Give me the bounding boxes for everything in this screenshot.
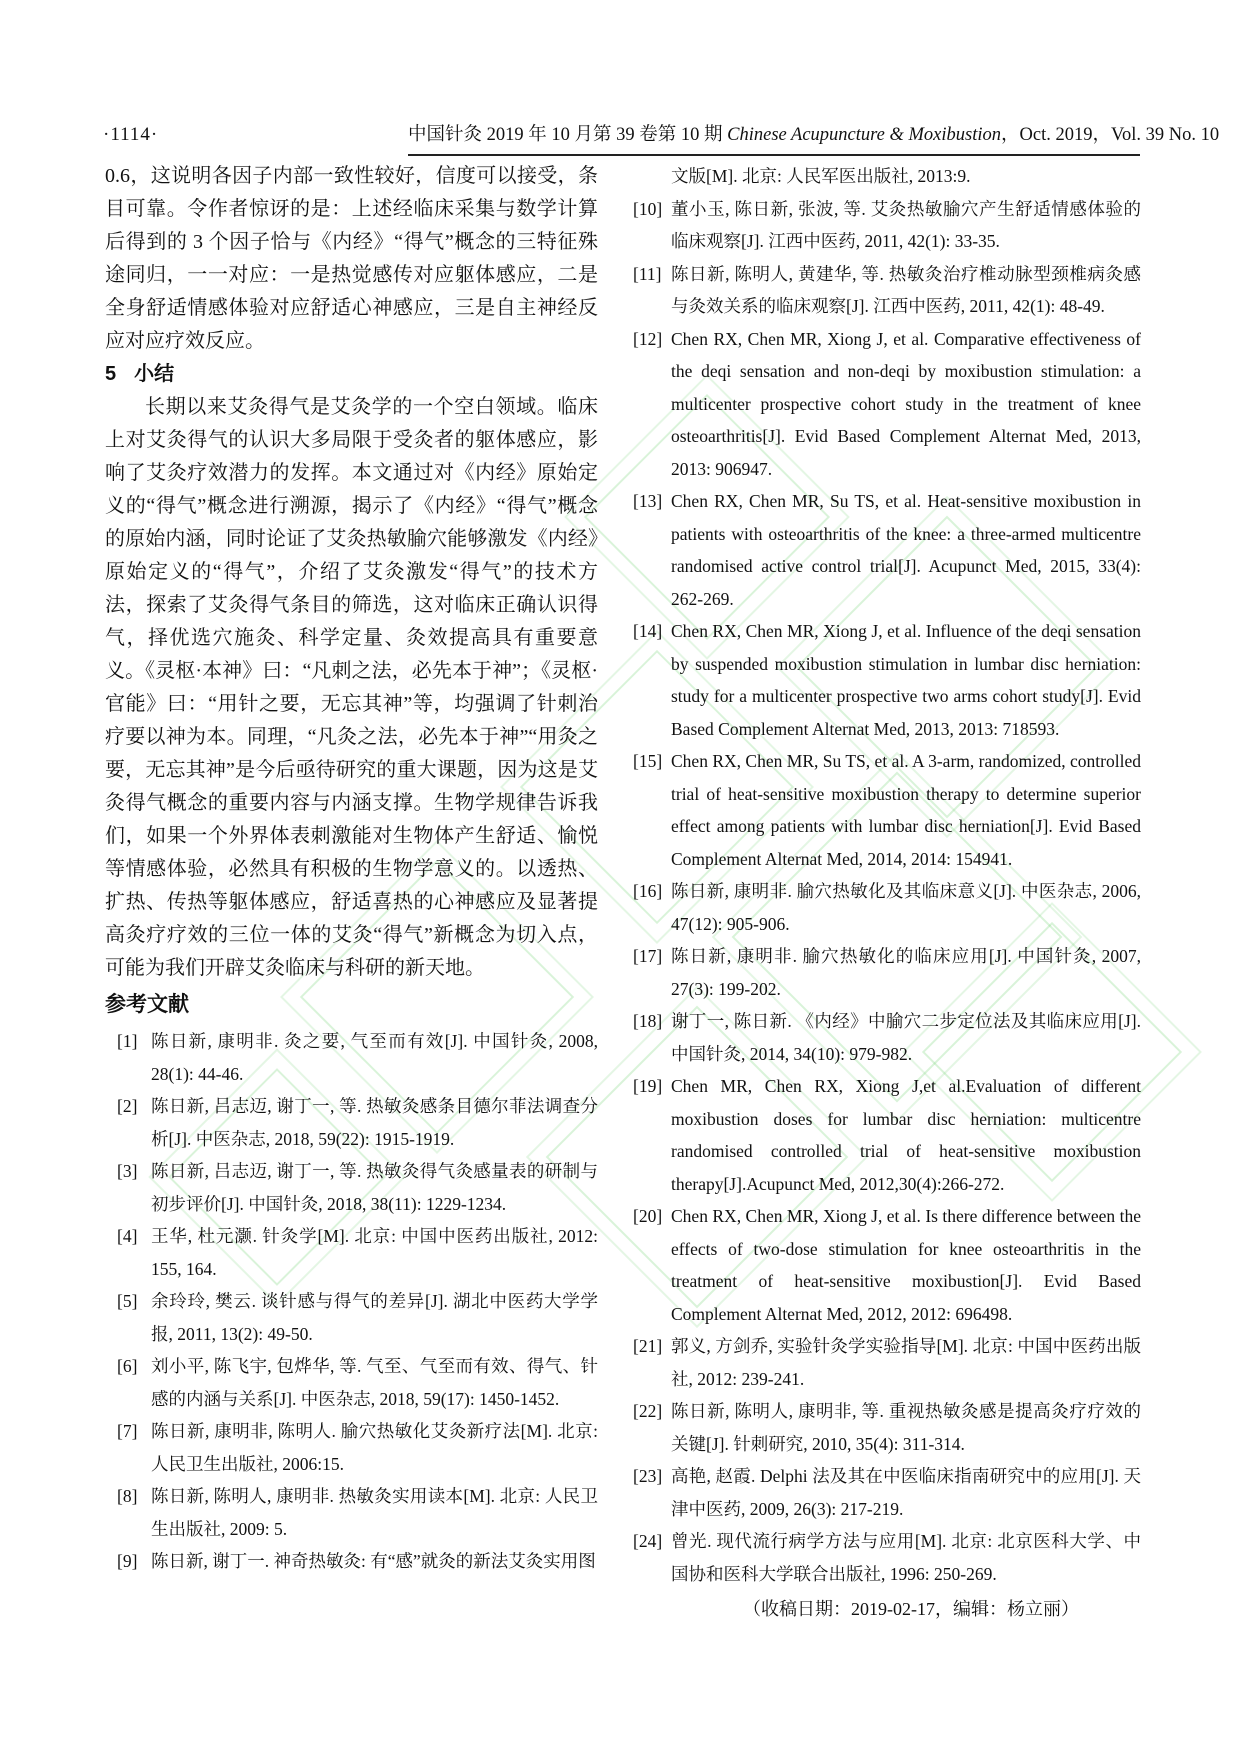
reference-number: [5] bbox=[117, 1285, 137, 1318]
intro-paragraph: 0.6，这说明各因子内部一致性较好，信度可以接受，条目可靠。令作者惊讶的是：上述… bbox=[105, 160, 598, 358]
reference-number: [19] bbox=[633, 1070, 662, 1103]
references-list-right: [10] 董小玉, 陈日新, 张波, 等. 艾灸热敏腧穴产生舒适情感体验的临床观… bbox=[633, 193, 1141, 1591]
journal-citation: 中国针灸 2019 年 10 月第 39 卷第 10 期 Chinese Acu… bbox=[408, 118, 1140, 156]
reference-item: [6] 刘小平, 陈飞宇, 包烨华, 等. 气至、气至而有效、得气、针感的内涵与… bbox=[105, 1350, 598, 1415]
reference-text: 陈日新, 谢丁一. 神奇热敏灸: 有“感”就灸的新法艾灸实用图 bbox=[151, 1545, 598, 1578]
reference-number: [13] bbox=[633, 485, 662, 518]
reference-item: [1] 陈日新, 康明非. 灸之要, 气至而有效[J]. 中国针灸, 2008,… bbox=[105, 1025, 598, 1090]
reference-number: [14] bbox=[633, 615, 662, 648]
reference-item: [3] 陈日新, 吕志迈, 谢丁一, 等. 热敏灸得气灸感量表的研制与初步评价[… bbox=[105, 1155, 598, 1220]
reference-item: [18] 谢丁一, 陈日新. 《内经》中腧穴二步定位法及其临床应用[J]. 中国… bbox=[633, 1005, 1141, 1070]
reference-number: [24] bbox=[633, 1525, 662, 1558]
reference-item: [21] 郭义, 方剑乔, 实验针灸学实验指导[M]. 北京: 中国中医药出版社… bbox=[633, 1330, 1141, 1395]
reference-item: [12] Chen RX, Chen MR, Xiong J, et al. C… bbox=[633, 323, 1141, 486]
right-column: 文版[M]. 北京: 人民军医出版社, 2013:9. [10] 董小玉, 陈日… bbox=[633, 160, 1141, 1626]
reference-number: [10] bbox=[633, 193, 662, 226]
reference-item: [19] Chen MR, Chen RX, Xiong J,et al.Eva… bbox=[633, 1070, 1141, 1200]
reference-continuation-line: 文版[M]. 北京: 人民军医出版社, 2013:9. bbox=[633, 160, 1141, 193]
reference-number: [3] bbox=[117, 1155, 137, 1188]
reference-number: [21] bbox=[633, 1330, 662, 1363]
journal-citation-cn: 中国针灸 2019 年 10 月第 39 卷第 10 期 bbox=[408, 125, 727, 145]
reference-text: 董小玉, 陈日新, 张波, 等. 艾灸热敏腧穴产生舒适情感体验的临床观察[J].… bbox=[671, 193, 1141, 258]
reference-number: [16] bbox=[633, 875, 662, 908]
reference-item: [20] Chen RX, Chen MR, Xiong J, et al. I… bbox=[633, 1200, 1141, 1330]
reference-text: 陈日新, 陈明人, 康明非, 等. 重视热敏灸感是提高灸疗疗效的关键[J]. 针… bbox=[671, 1395, 1141, 1460]
reference-text: 曾光. 现代流行病学方法与应用[M]. 北京: 北京医科大学、中国协和医科大学联… bbox=[671, 1525, 1141, 1590]
journal-citation-en: Chinese Acupuncture & Moxibustion bbox=[727, 125, 1001, 145]
reference-number: [2] bbox=[117, 1090, 137, 1123]
reference-item: [14] Chen RX, Chen MR, Xiong J, et al. I… bbox=[633, 615, 1141, 745]
reference-number: [4] bbox=[117, 1220, 137, 1253]
reference-item: [8] 陈日新, 陈明人, 康明非. 热敏灸实用读本[M]. 北京: 人民卫生出… bbox=[105, 1480, 598, 1545]
reference-text: Chen RX, Chen MR, Xiong J, et al. Is the… bbox=[671, 1200, 1141, 1330]
summary-paragraph: 长期以来艾灸得气是艾灸学的一个空白领域。临床上对艾灸得气的认识大多局限于受灸者的… bbox=[105, 391, 598, 985]
reference-item: [22] 陈日新, 陈明人, 康明非, 等. 重视热敏灸感是提高灸疗疗效的关键[… bbox=[633, 1395, 1141, 1460]
reference-item: [10] 董小玉, 陈日新, 张波, 等. 艾灸热敏腧穴产生舒适情感体验的临床观… bbox=[633, 193, 1141, 258]
reference-item: [15] Chen RX, Chen MR, Su TS, et al. A 3… bbox=[633, 745, 1141, 875]
reference-number: [18] bbox=[633, 1005, 662, 1038]
reference-number: [9] bbox=[117, 1545, 137, 1578]
reference-text: 高艳, 赵霞. Delphi 法及其在中医临床指南研究中的应用[J]. 天津中医… bbox=[671, 1460, 1141, 1525]
reference-item: [5] 余玲玲, 樊云. 谈针感与得气的差异[J]. 湖北中医药大学学报, 20… bbox=[105, 1285, 598, 1350]
left-column: 0.6，这说明各因子内部一致性较好，信度可以接受，条目可靠。令作者惊讶的是：上述… bbox=[105, 160, 598, 1578]
reference-item: [24] 曾光. 现代流行病学方法与应用[M]. 北京: 北京医科大学、中国协和… bbox=[633, 1525, 1141, 1590]
reference-text: 刘小平, 陈飞宇, 包烨华, 等. 气至、气至而有效、得气、针感的内涵与关系[J… bbox=[151, 1350, 598, 1415]
reference-number: [22] bbox=[633, 1395, 662, 1428]
reference-number: [6] bbox=[117, 1350, 137, 1383]
section-title: 小结 bbox=[134, 363, 174, 385]
section-heading: 5小结 bbox=[105, 358, 598, 391]
reference-text: 陈日新, 陈明人, 康明非. 热敏灸实用读本[M]. 北京: 人民卫生出版社, … bbox=[151, 1480, 598, 1545]
reference-item: [13] Chen RX, Chen MR, Su TS, et al. Hea… bbox=[633, 485, 1141, 615]
journal-citation-tail: ，Oct. 2019，Vol. 39 No. 10 bbox=[1001, 125, 1219, 145]
reference-item: [4] 王华, 杜元灏. 针灸学[M]. 北京: 中国中医药出版社, 2012:… bbox=[105, 1220, 598, 1285]
reference-text: Chen RX, Chen MR, Xiong J, et al. Compar… bbox=[671, 323, 1141, 486]
reference-text: 陈日新, 陈明人, 黄建华, 等. 热敏灸治疗椎动脉型颈椎病灸感与灸效关系的临床… bbox=[671, 258, 1141, 323]
reference-number: [20] bbox=[633, 1200, 662, 1233]
reference-item: [2] 陈日新, 吕志迈, 谢丁一, 等. 热敏灸感条目德尔菲法调查分析[J].… bbox=[105, 1090, 598, 1155]
reference-text: 陈日新, 康明非. 灸之要, 气至而有效[J]. 中国针灸, 2008, 28(… bbox=[151, 1025, 598, 1090]
closing-note: （收稿日期：2019-02-17，编辑：杨立丽） bbox=[633, 1592, 1141, 1626]
references-heading: 参考文献 bbox=[105, 985, 598, 1025]
reference-number: [8] bbox=[117, 1480, 137, 1513]
reference-text: 陈日新, 康明非. 腧穴热敏化及其临床意义[J]. 中医杂志, 2006, 47… bbox=[671, 875, 1141, 940]
reference-text: 陈日新, 吕志迈, 谢丁一, 等. 热敏灸得气灸感量表的研制与初步评价[J]. … bbox=[151, 1155, 598, 1220]
reference-text: 陈日新, 吕志迈, 谢丁一, 等. 热敏灸感条目德尔菲法调查分析[J]. 中医杂… bbox=[151, 1090, 598, 1155]
page-header: ·1114· 中国针灸 2019 年 10 月第 39 卷第 10 期 Chin… bbox=[0, 118, 1240, 158]
reference-number: [17] bbox=[633, 940, 662, 973]
reference-text: Chen RX, Chen MR, Su TS, et al. A 3-arm,… bbox=[671, 745, 1141, 875]
reference-text: Chen RX, Chen MR, Xiong J, et al. Influe… bbox=[671, 615, 1141, 745]
reference-item: [7] 陈日新, 康明非, 陈明人. 腧穴热敏化艾灸新疗法[M]. 北京: 人民… bbox=[105, 1415, 598, 1480]
reference-text: 陈日新, 康明非. 腧穴热敏化的临床应用[J]. 中国针灸, 2007, 27(… bbox=[671, 940, 1141, 1005]
reference-number: [12] bbox=[633, 323, 662, 356]
reference-text: 谢丁一, 陈日新. 《内经》中腧穴二步定位法及其临床应用[J]. 中国针灸, 2… bbox=[671, 1005, 1141, 1070]
reference-text: Chen RX, Chen MR, Su TS, et al. Heat-sen… bbox=[671, 485, 1141, 615]
reference-item: [17] 陈日新, 康明非. 腧穴热敏化的临床应用[J]. 中国针灸, 2007… bbox=[633, 940, 1141, 1005]
reference-text: 王华, 杜元灏. 针灸学[M]. 北京: 中国中医药出版社, 2012: 155… bbox=[151, 1220, 598, 1285]
reference-text: 余玲玲, 樊云. 谈针感与得气的差异[J]. 湖北中医药大学学报, 2011, … bbox=[151, 1285, 598, 1350]
reference-item: [16] 陈日新, 康明非. 腧穴热敏化及其临床意义[J]. 中医杂志, 200… bbox=[633, 875, 1141, 940]
reference-number: [11] bbox=[633, 258, 662, 291]
paper-page: { "header": { "page_number": "·1114·", "… bbox=[0, 0, 1240, 1754]
reference-number: [7] bbox=[117, 1415, 137, 1448]
section-number: 5 bbox=[105, 363, 116, 385]
references-list-left: [1] 陈日新, 康明非. 灸之要, 气至而有效[J]. 中国针灸, 2008,… bbox=[105, 1025, 598, 1578]
reference-number: [23] bbox=[633, 1460, 662, 1493]
reference-item: [23] 高艳, 赵霞. Delphi 法及其在中医临床指南研究中的应用[J].… bbox=[633, 1460, 1141, 1525]
page-number: ·1114· bbox=[103, 124, 158, 146]
reference-text: 郭义, 方剑乔, 实验针灸学实验指导[M]. 北京: 中国中医药出版社, 201… bbox=[671, 1330, 1141, 1395]
reference-text: Chen MR, Chen RX, Xiong J,et al.Evaluati… bbox=[671, 1070, 1141, 1200]
reference-item: [9] 陈日新, 谢丁一. 神奇热敏灸: 有“感”就灸的新法艾灸实用图 bbox=[105, 1545, 598, 1578]
reference-text: 陈日新, 康明非, 陈明人. 腧穴热敏化艾灸新疗法[M]. 北京: 人民卫生出版… bbox=[151, 1415, 598, 1480]
reference-item: [11] 陈日新, 陈明人, 黄建华, 等. 热敏灸治疗椎动脉型颈椎病灸感与灸效… bbox=[633, 258, 1141, 323]
reference-number: [1] bbox=[117, 1025, 137, 1058]
reference-number: [15] bbox=[633, 745, 662, 778]
